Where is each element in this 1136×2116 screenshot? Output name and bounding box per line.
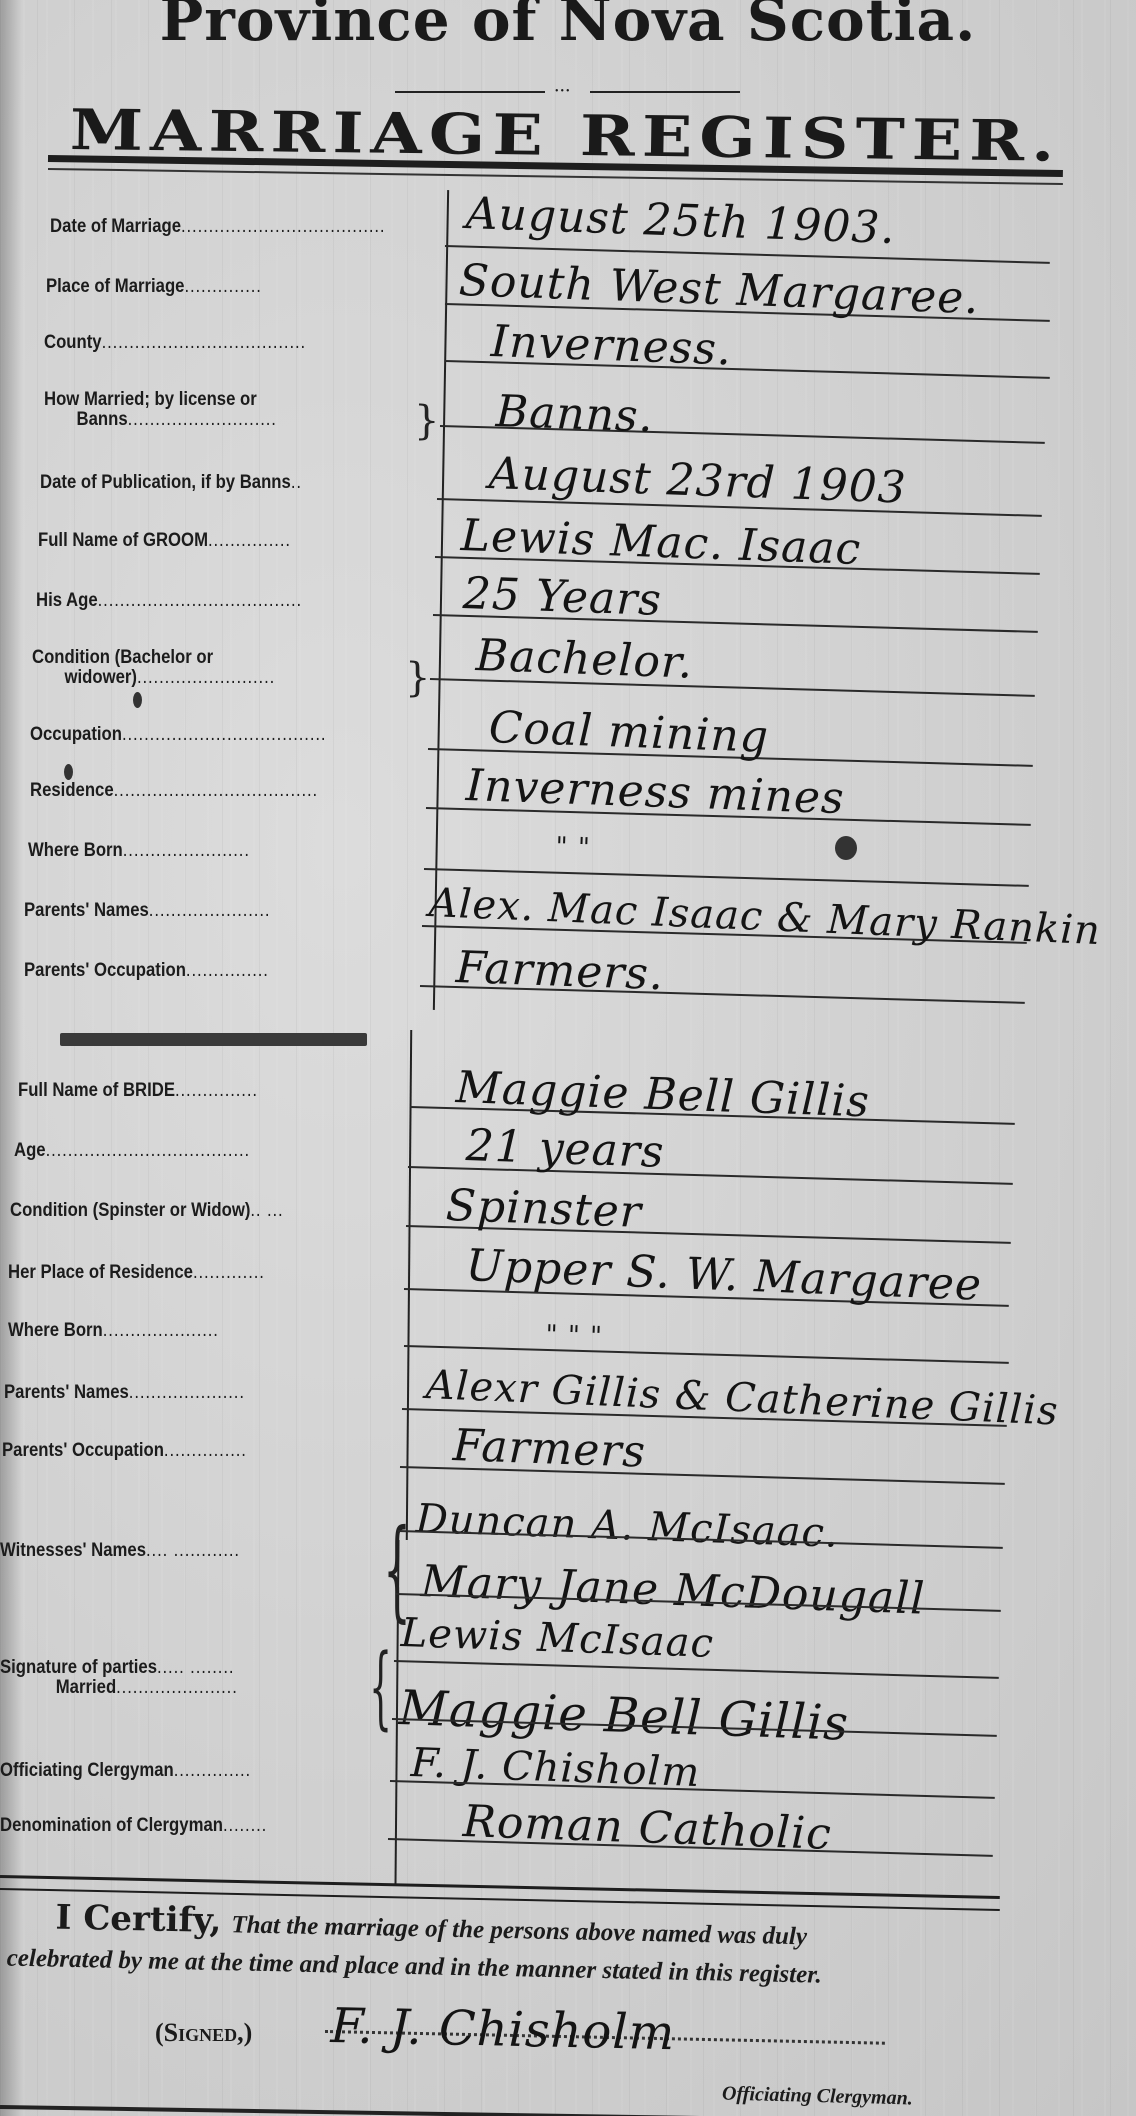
groom-residence-value: Inverness mines xyxy=(465,760,845,824)
place-of-marriage-value: South West Margaree. xyxy=(458,255,980,324)
officiating-clergyman-caption: Officiating Clergyman. xyxy=(722,2083,913,2111)
clergyman-signature: F. J. Chisholm xyxy=(330,1998,676,2061)
date-of-publication-value: August 23rd 1903 xyxy=(488,448,908,514)
page-edge-shadow xyxy=(0,0,22,2116)
section-separator-bar xyxy=(60,1033,367,1046)
date-of-marriage-value: August 25th 1903. xyxy=(465,188,896,254)
how-married-value: Banns. xyxy=(495,386,654,442)
groom-age-value: 25 Years xyxy=(462,568,663,626)
bride-condition-value: Spinster xyxy=(445,1180,643,1238)
groom-occupation-value: Coal mining xyxy=(488,702,770,763)
bottom-rule xyxy=(0,2105,700,2116)
title-ornament: ••• xyxy=(395,88,740,96)
groom-condition-value: Bachelor. xyxy=(475,630,694,689)
groom-parents-names-value: Alex. Mac Isaac & Mary Rankin xyxy=(428,880,1102,954)
bride-residence-value: Upper S. W. Margaree xyxy=(465,1240,983,1311)
bride-parents-occupation-value: Farmers xyxy=(452,1420,647,1478)
province-heading: Province of Nova Scotia. xyxy=(0,0,1136,54)
groom-name-value: Lewis Mac. Isaac xyxy=(460,510,862,575)
witness-1-value: Duncan A. McIsaac. xyxy=(415,1496,839,1557)
certification-statement: I Certify,That the marriage of the perso… xyxy=(26,1898,1027,1999)
bride-where-born-value: " " " xyxy=(545,1320,603,1352)
county-value: Inverness. xyxy=(490,316,733,375)
groom-parents-occupation-value: Farmers. xyxy=(455,942,665,1000)
certify-rule xyxy=(0,1875,1000,1899)
groom-signature-value: Lewis McIsaac xyxy=(400,1610,715,1667)
signed-label: (Signed,) xyxy=(155,2018,252,2048)
bride-age-value: 21 years xyxy=(465,1120,665,1178)
groom-where-born-value: " " xyxy=(555,832,591,863)
bride-name-value: Maggie Bell Gillis xyxy=(455,1062,871,1127)
